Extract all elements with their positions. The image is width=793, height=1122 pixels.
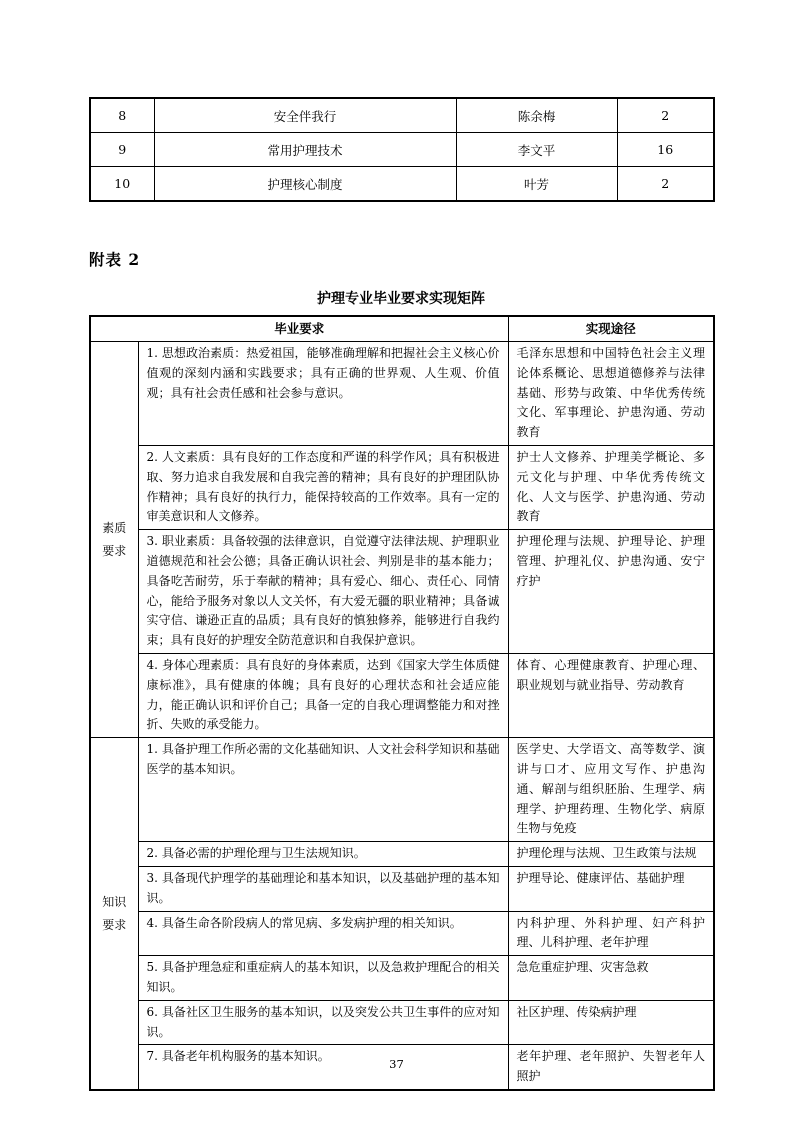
group-label-knowledge: 知识要求 [90,738,138,1090]
requirement-cell: 5. 具备护理急症和重症病人的基本知识，以及急救护理配合的相关知识。 [138,956,508,1001]
table-row: 5. 具备护理急症和重症病人的基本知识，以及急救护理配合的相关知识。 急危重症护… [90,956,714,1001]
group-label-quality: 素质要求 [90,342,138,738]
matrix-header-row: 毕业要求 实现途径 [90,316,714,342]
requirement-cell: 3. 具备现代护理学的基础理论和基本知识，以及基础护理的基本知识。 [138,866,508,911]
course-teacher: 陈余梅 [456,98,617,133]
path-cell: 毛泽东思想和中国特色社会主义理论体系概论、思想道德修养与法律基础、形势与政策、中… [508,342,714,446]
requirement-cell: 4. 具备生命各阶段病人的常见病、多发病护理的相关知识。 [138,911,508,956]
requirement-cell: 6. 具备社区卫生服务的基本知识，以及突发公共卫生事件的应对知识。 [138,1000,508,1045]
course-no: 10 [90,167,154,202]
requirement-cell: 4. 身体心理素质：具有良好的身体素质，达到《国家大学生体质健康标准》，具有健康… [138,653,508,737]
table-row: 9 常用护理技术 李文平 16 [90,133,714,167]
path-cell: 急危重症护理、灾害急救 [508,956,714,1001]
course-name: 安全伴我行 [154,98,456,133]
matrix-title: 护理专业毕业要求实现矩阵 [89,288,713,308]
matrix-table: 毕业要求 实现途径 素质要求 1. 思想政治素质：热爱祖国，能够准确理解和把握社… [89,315,715,1091]
table-row: 10 护理核心制度 叶芳 2 [90,167,714,202]
path-cell: 体育、心理健康教育、护理心理、职业规划与就业指导、劳动教育 [508,653,714,737]
course-no: 9 [90,133,154,167]
page-number: 37 [0,1057,793,1071]
table-row: 6. 具备社区卫生服务的基本知识，以及突发公共卫生事件的应对知识。 社区护理、传… [90,1000,714,1045]
course-no: 8 [90,98,154,133]
path-cell: 社区护理、传染病护理 [508,1000,714,1045]
path-cell: 护理伦理与法规、卫生政策与法规 [508,842,714,867]
course-teacher: 李文平 [456,133,617,167]
path-cell: 医学史、大学语文、高等数学、演讲与口才、应用文写作、护患沟通、解剖与组织胚胎、生… [508,738,714,842]
path-cell: 护理伦理与法规、护理导论、护理管理、护理礼仪、护患沟通、安宁疗护 [508,530,714,654]
requirement-cell: 2. 人文素质：具有良好的工作态度和严谨的科学作风；具有积极进取、努力追求自我发… [138,445,508,529]
course-teacher: 叶芳 [456,167,617,202]
course-name: 护理核心制度 [154,167,456,202]
requirement-cell: 3. 职业素质：具备较强的法律意识，自觉遵守法律法规、护理职业道德规范和社会公德… [138,530,508,654]
header-requirement: 毕业要求 [90,316,508,342]
page-content: 8 安全伴我行 陈余梅 2 9 常用护理技术 李文平 16 10 护理核心制度 … [89,97,713,1091]
table-row: 4. 身体心理素质：具有良好的身体素质，达到《国家大学生体质健康标准》，具有健康… [90,653,714,737]
table-row: 知识要求 1. 具备护理工作所必需的文化基础知识、人文社会科学知识和基础医学的基… [90,738,714,842]
appendix-heading: 附表 2 [89,248,713,270]
course-name: 常用护理技术 [154,133,456,167]
document-page: 8 安全伴我行 陈余梅 2 9 常用护理技术 李文平 16 10 护理核心制度 … [0,0,793,1122]
table-row: 3. 职业素质：具备较强的法律意识，自觉遵守法律法规、护理职业道德规范和社会公德… [90,530,714,654]
header-path: 实现途径 [508,316,714,342]
path-cell: 护理导论、健康评估、基础护理 [508,866,714,911]
course-hours: 2 [617,167,714,202]
table-row: 素质要求 1. 思想政治素质：热爱祖国，能够准确理解和把握社会主义核心价值观的深… [90,342,714,446]
path-cell: 护士人文修养、护理美学概论、多元文化与护理、中华优秀传统文化、人文与医学、护患沟… [508,445,714,529]
course-hours: 16 [617,133,714,167]
course-table: 8 安全伴我行 陈余梅 2 9 常用护理技术 李文平 16 10 护理核心制度 … [89,97,715,202]
requirement-cell: 1. 具备护理工作所必需的文化基础知识、人文社会科学知识和基础医学的基本知识。 [138,738,508,842]
table-row: 2. 具备必需的护理伦理与卫生法规知识。 护理伦理与法规、卫生政策与法规 [90,842,714,867]
requirement-cell: 2. 具备必需的护理伦理与卫生法规知识。 [138,842,508,867]
table-row: 3. 具备现代护理学的基础理论和基本知识，以及基础护理的基本知识。 护理导论、健… [90,866,714,911]
table-row: 2. 人文素质：具有良好的工作态度和严谨的科学作风；具有积极进取、努力追求自我发… [90,445,714,529]
requirement-cell: 1. 思想政治素质：热爱祖国，能够准确理解和把握社会主义核心价值观的深刻内涵和实… [138,342,508,446]
table-row: 8 安全伴我行 陈余梅 2 [90,98,714,133]
path-cell: 内科护理、外科护理、妇产科护理、儿科护理、老年护理 [508,911,714,956]
table-row: 4. 具备生命各阶段病人的常见病、多发病护理的相关知识。 内科护理、外科护理、妇… [90,911,714,956]
course-hours: 2 [617,98,714,133]
